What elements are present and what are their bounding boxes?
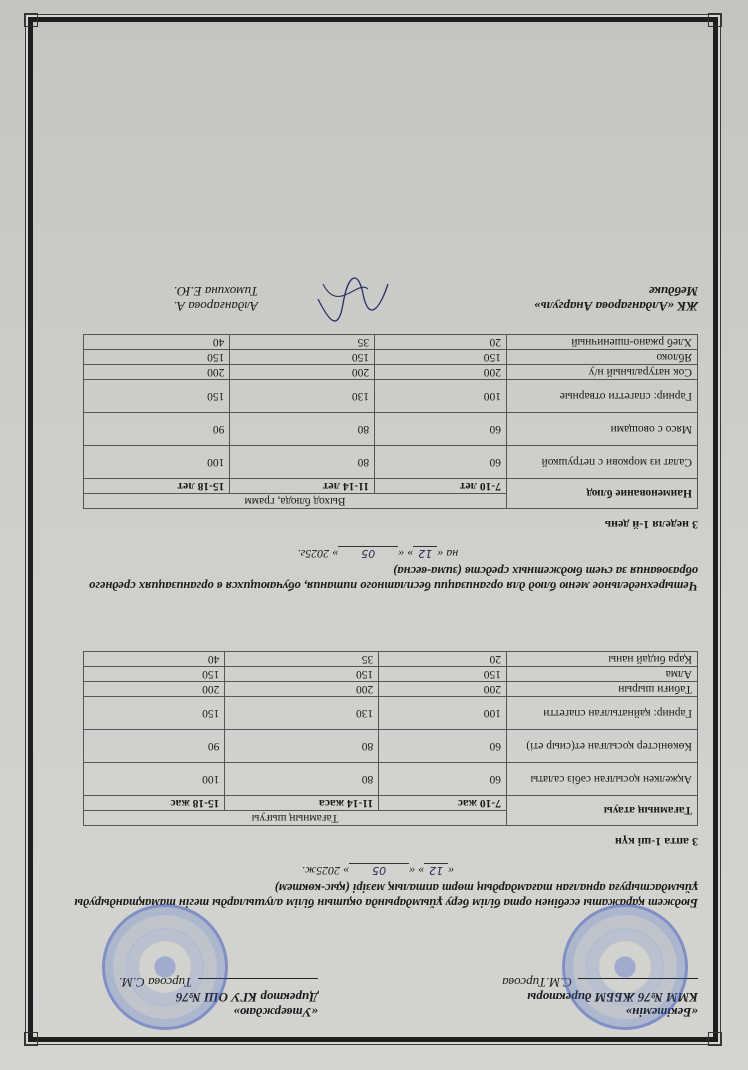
- dish-name: Алма: [507, 667, 698, 682]
- portion-grams: 80: [230, 413, 375, 446]
- date-day: 12: [413, 546, 437, 560]
- supplier-org: ЖК «Алданғарова Анаргуль» Мебдике: [398, 284, 698, 314]
- signature-footer: ЖК «Алданғарова Анаргуль» Мебдике Алданғ…: [58, 284, 698, 314]
- dish-name: Қара бидай наны: [507, 652, 698, 667]
- table-row: Табиғи шырын200200200: [84, 682, 698, 697]
- column-header-name: Наименование блюд: [507, 479, 698, 509]
- column-header-group: Тағамның шығуы: [84, 811, 507, 826]
- russian-menu-title: Четырехнедельное меню блюд для организац…: [58, 563, 698, 593]
- table-row: Салат из моркови с петрушкой6080100: [84, 446, 698, 479]
- portion-grams: 150: [225, 667, 379, 682]
- russian-menu-table: Наименование блюд Выход блюда, грамм 7-1…: [83, 334, 698, 509]
- portion-grams: 40: [84, 335, 230, 350]
- portion-grams: 60: [379, 730, 507, 763]
- portion-grams: 130: [230, 380, 375, 413]
- column-header-age: 11-14 жаса: [225, 796, 379, 811]
- dish-name: Салат из моркови с петрушкой: [507, 446, 698, 479]
- column-header-age: 15-18 жас: [84, 796, 225, 811]
- column-header-age: 15-18 лет: [84, 479, 230, 494]
- signer-name: Тимохина Е.Ю.: [58, 284, 258, 299]
- russian-week-label: 3 неделя 1-й день: [58, 517, 698, 532]
- portion-grams: 100: [84, 763, 225, 796]
- portion-grams: 150: [84, 697, 225, 730]
- column-header-age: 11-14 лет: [230, 479, 375, 494]
- date-year: » 2025г.: [298, 547, 339, 561]
- kazakh-menu-table: Тағамның атауы Тағамның шығуы 7-10 жас 1…: [83, 651, 698, 826]
- date-open: «: [448, 864, 454, 878]
- date-mid: » «: [398, 547, 413, 561]
- portion-grams: 60: [375, 413, 507, 446]
- table-row: Көкөністер қосылған ет(сиыр еті)608090: [84, 730, 698, 763]
- dish-name: Гарнир: спагетти отварные: [507, 380, 698, 413]
- portion-grams: 200: [379, 682, 507, 697]
- portion-grams: 100: [379, 697, 507, 730]
- table-row: Гарнир: спагетти отварные100130150: [84, 380, 698, 413]
- portion-grams: 100: [84, 446, 230, 479]
- portion-grams: 100: [375, 380, 507, 413]
- portion-grams: 35: [230, 335, 375, 350]
- portion-grams: 200: [225, 682, 379, 697]
- column-header-group: Выход блюда, грамм: [84, 494, 507, 509]
- frame-corner: [24, 13, 38, 27]
- official-stamp-icon: [562, 904, 688, 1030]
- table-row: Мясо с овощами608090: [84, 413, 698, 446]
- kazakh-date: «12» «05» 2025ж.: [58, 863, 698, 878]
- frame-corner: [708, 1032, 722, 1046]
- date-month: 05: [338, 546, 398, 560]
- portion-grams: 80: [230, 446, 375, 479]
- table-row: Алма150150150: [84, 667, 698, 682]
- table-row: Қара бидай наны203540: [84, 652, 698, 667]
- document-content: «Бекітемін» КММ №76 ЖББМ директоры С.М.Т…: [58, 284, 698, 1020]
- russian-date: на «12» «05» 2025г.: [58, 546, 698, 561]
- portion-grams: 150: [84, 667, 225, 682]
- portion-grams: 130: [225, 697, 379, 730]
- portion-grams: 20: [379, 652, 507, 667]
- approval-block: «Бекітемін» КММ №76 ЖББМ директоры С.М.Т…: [58, 930, 698, 1020]
- portion-grams: 200: [84, 365, 230, 380]
- portion-grams: 150: [84, 380, 230, 413]
- dish-name: Сок натуральный н/у: [507, 365, 698, 380]
- portion-grams: 200: [84, 682, 225, 697]
- portion-grams: 90: [84, 413, 230, 446]
- portion-grams: 60: [379, 763, 507, 796]
- russian-table-body: Салат из моркови с петрушкой6080100Мясо …: [84, 335, 698, 479]
- portion-grams: 150: [84, 350, 230, 365]
- table-row: Хлеб ржано-пшеничный203540: [84, 335, 698, 350]
- table-row: Гарнир: қайнатылған спагетти100130150: [84, 697, 698, 730]
- dish-name: Гарнир: қайнатылған спагетти: [507, 697, 698, 730]
- date-month: 05: [349, 863, 409, 877]
- table-row: Сок натуральный н/у200200200: [84, 365, 698, 380]
- portion-grams: 150: [230, 350, 375, 365]
- portion-grams: 80: [225, 730, 379, 763]
- approval-name: С.М.Тирсова: [502, 975, 572, 990]
- portion-grams: 40: [84, 652, 225, 667]
- document-page: «Бекітемін» КММ №76 ЖББМ директоры С.М.Т…: [0, 0, 748, 1070]
- kazakh-table-body: Ақжелкен қосылған сәбіз салаты6080100Көк…: [84, 652, 698, 796]
- dish-name: Табиғи шырын: [507, 682, 698, 697]
- table-row: Ақжелкен қосылған сәбіз салаты6080100: [84, 763, 698, 796]
- date-year: » 2025ж.: [302, 864, 349, 878]
- org-line: Мебдике: [398, 284, 698, 299]
- portion-grams: 80: [225, 763, 379, 796]
- frame-corner: [708, 13, 722, 27]
- date-day: 12: [424, 863, 448, 877]
- portion-grams: 150: [379, 667, 507, 682]
- column-header-age: 7-10 жас: [379, 796, 507, 811]
- kazakh-week-label: 3 апта 1-ші күн: [58, 834, 698, 849]
- portion-grams: 20: [375, 335, 507, 350]
- dish-name: Мясо с овощами: [507, 413, 698, 446]
- frame-corner: [24, 1032, 38, 1046]
- dish-name: Яблоко: [507, 350, 698, 365]
- signer-name: Алданғарова А.: [58, 299, 258, 314]
- column-header-age: 7-10 лет: [375, 479, 507, 494]
- official-stamp-icon: [102, 904, 228, 1030]
- date-mid: » «: [409, 864, 424, 878]
- portion-grams: 150: [375, 350, 507, 365]
- handwritten-signature-icon: [308, 269, 398, 324]
- portion-grams: 60: [375, 446, 507, 479]
- dish-name: Хлеб ржано-пшеничный: [507, 335, 698, 350]
- date-open: на «: [437, 547, 458, 561]
- table-row: Яблоко150150150: [84, 350, 698, 365]
- portion-grams: 35: [225, 652, 379, 667]
- dish-name: Ақжелкен қосылған сәбіз салаты: [507, 763, 698, 796]
- portion-grams: 200: [375, 365, 507, 380]
- column-header-name: Тағамның атауы: [507, 796, 698, 826]
- org-line: ЖК «Алданғарова Анаргуль»: [398, 299, 698, 314]
- portion-grams: 90: [84, 730, 225, 763]
- portion-grams: 200: [230, 365, 375, 380]
- dish-name: Көкөністер қосылған ет(сиыр еті): [507, 730, 698, 763]
- signer-names: Алданғарова А. Тимохина Е.Ю.: [58, 284, 258, 314]
